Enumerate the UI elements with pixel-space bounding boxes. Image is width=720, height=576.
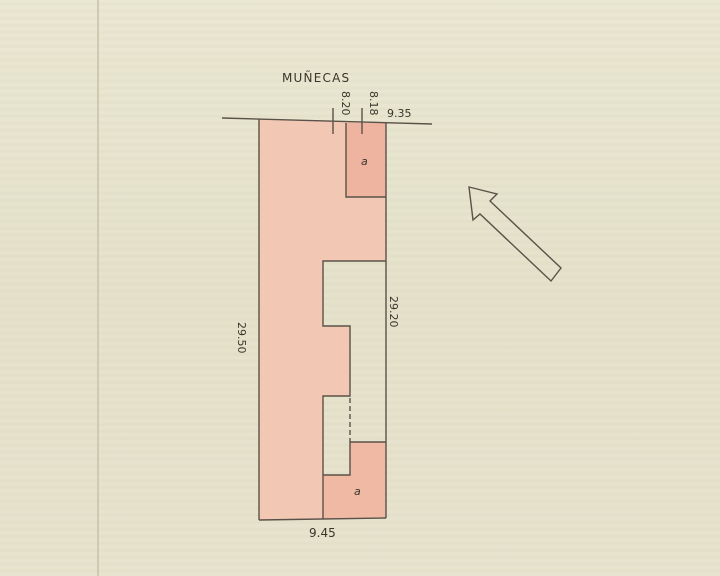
dimension-8-20: 8.20 (339, 91, 352, 116)
dimension-left-depth: 29.50 (235, 322, 248, 354)
room-a-bottom (323, 442, 386, 519)
room-label-top: a (361, 155, 368, 168)
dimension-right-depth: 29.20 (387, 296, 400, 328)
plan-sheet: MUÑECAS 8.20 8.18 9.35 29.20 29.50 9.45 … (0, 0, 720, 576)
street-name-label: MUÑECAS (282, 70, 350, 85)
dimension-rear-width: 9.45 (309, 526, 336, 540)
site-plan-drawing: MUÑECAS 8.20 8.18 9.35 29.20 29.50 9.45 … (0, 0, 720, 576)
dimension-8-18: 8.18 (367, 91, 380, 116)
dimension-frontage: 9.35 (387, 107, 412, 120)
orientation-arrow-icon (469, 187, 561, 281)
room-label-bottom: a (354, 485, 361, 498)
